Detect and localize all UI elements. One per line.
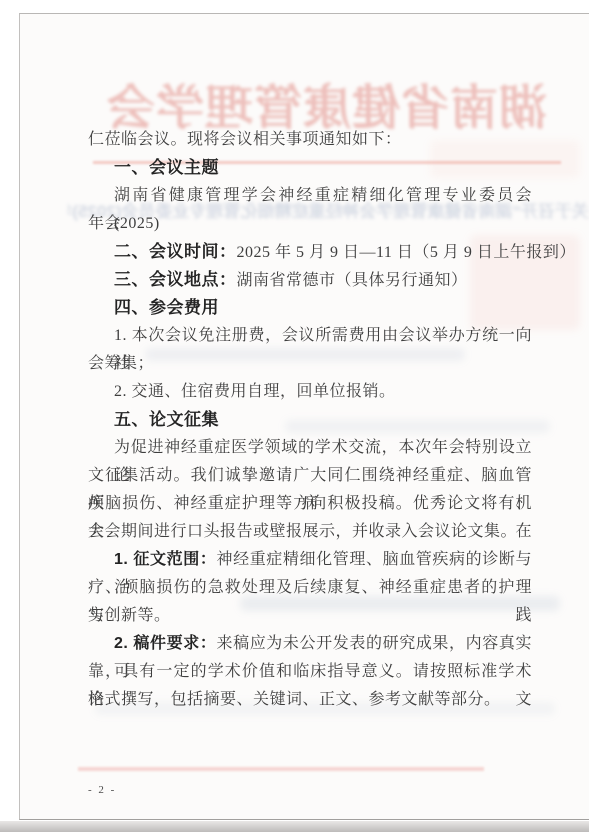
text-line-bold-segment: 一、会议主题 [114,158,219,177]
text-line-bold-segment: 三、会议地点： [114,270,237,289]
text-line-bold-segment: 四、参会费用 [114,298,219,317]
text-line-bold-segment: 2. 稿件要求： [114,635,216,652]
text-line: 文征集活动。我们诚挚邀请广大同仁围绕神经重症、脑血管疾病、 [88,462,532,490]
text-line: 1. 本次会议免注册费，会议所需费用由会议举办方统一向社 [88,322,532,350]
text-line-bold-segment: 1. 征文范围： [114,551,216,568]
text-line: 会筹集； [88,350,532,378]
text-line: 三、会议地点：湖南省常德市（具体另行通知） [88,266,532,294]
page-number: - 2 - [88,784,116,796]
text-line-bold-segment: 五、论文征集 [114,410,219,429]
text-line-segment: 仁莅临会议。现将会议相关事项通知如下： [88,131,402,148]
text-line-segment: 会筹集； [88,355,154,372]
body-text: 仁莅临会议。现将会议相关事项通知如下：一、会议主题湖南省健康管理学会神经重症精细… [88,126,532,714]
text-line-segment: 年会 [88,215,121,232]
text-line: 格式撰写，包括摘要、关键词、正文、参考文献等部分。 [88,686,532,714]
text-line: 二、会议时间：2025 年 5 月 9 日—11 日（5 月 9 日上午报到） [88,238,532,266]
text-line: 2. 交通、住宿费用自理，回单位报销。 [88,378,532,406]
text-line-segment: 格式撰写，包括摘要、关键词、正文、参考文献等部分。 [88,691,501,708]
text-line: 靠，具有一定的学术价值和临床指导意义。请按照标准学术论文 [88,658,532,686]
scanner-bed-edge [0,821,589,832]
text-line-segment: 2025 年 5 月 9 日—11 日（5 月 9 日上午报到） [237,244,576,261]
text-line-segment: 与创新等。 [88,607,171,624]
text-line: 四、参会费用 [88,294,532,322]
text-line: 湖南省健康管理学会神经重症精细化管理专业委员会(2025) [88,182,532,210]
text-line-bold-segment: 二、会议时间： [114,242,237,261]
text-line: 一、会议主题 [88,154,532,182]
text-line: 仁莅临会议。现将会议相关事项通知如下： [88,126,532,154]
text-line: 2. 稿件要求：来稿应为未公开发表的研究成果，内容真实可 [88,630,532,658]
text-line: 五、论文征集 [88,406,532,434]
text-line: 为促进神经重症医学领域的学术交流，本次年会特别设立论 [88,434,532,462]
text-line: 疗、颅脑损伤的急救处理及后续康复、神经重症患者的护理实践 [88,574,532,602]
text-line: 大会期间进行口头报告或壁报展示，并收录入会议论文集。 [88,518,532,546]
text-line-segment: 2. 交通、住宿费用自理，回单位报销。 [114,383,396,400]
text-line-segment: 湖南省常德市（具体另行通知） [237,272,468,289]
text-line: 1. 征文范围：神经重症精细化管理、脑血管疾病的诊断与治 [88,546,532,574]
text-line-segment: 大会期间进行口头报告或壁报展示，并收录入会议论文集。 [88,523,517,540]
scanned-document-screenshot: 湖南省健康管理学会 关于召开“湖南省健康管理学会神经重症精细化管理专业委员会(2… [0,0,589,832]
text-line: 颅脑损伤、神经重症护理等方向积极投稿。优秀论文将有机会在 [88,490,532,518]
bleed-through-footer-rule [78,767,484,771]
